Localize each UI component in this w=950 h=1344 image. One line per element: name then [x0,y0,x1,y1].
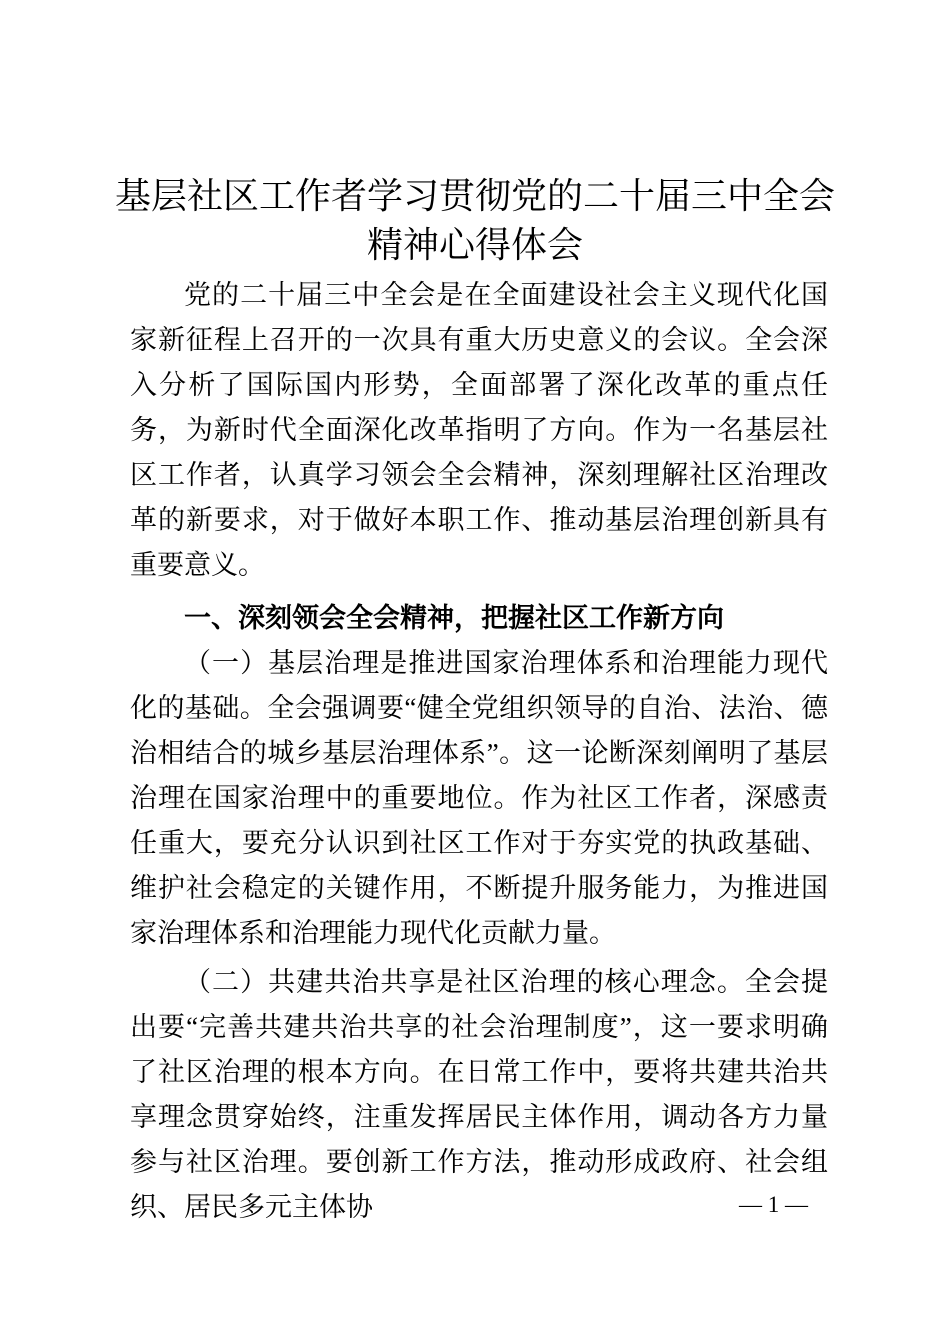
body-paragraph: （一）基层治理是推进国家治理体系和治理能力现代化的基础。全会强调要“健全党组织领… [130,641,828,956]
title-line-1: 基层社区工作者学习贯彻党的二十届三中全会 [0,172,950,221]
body-paragraph: （二）共建共治共享是社区治理的核心理念。全会提出要“完善共建共治共享的社会治理制… [130,960,828,1230]
paragraph-lead-kai: （二）共建共治共享是社区治理的核心理念。 [184,967,745,998]
page-number: — 1 — [739,1192,808,1217]
paragraph-text: 全会强调要“健全党组织领导的自治、法治、德治相结合的城乡基层治理体系”。这一论断… [130,693,828,948]
document-page: 基层社区工作者学习贯彻党的二十届三中全会 精神心得体会 党的二十届三中全会是在全… [0,0,950,1344]
paragraph-text: 全会提出要“完善共建共治共享的社会治理制度”，这一要求明确了社区治理的根本方向。… [130,967,828,1222]
document-body: 党的二十届三中全会是在全面建设社会主义现代化国家新征程上召开的一次具有重大历史意… [130,273,828,1230]
title-line-2: 精神心得体会 [0,221,950,270]
document-title: 基层社区工作者学习贯彻党的二十届三中全会 精神心得体会 [0,172,950,270]
page-footer: — 1 — [739,1192,808,1218]
section-heading: 一、深刻领会全会精神，把握社区工作新方向 [130,596,828,641]
body-paragraph: 党的二十届三中全会是在全面建设社会主义现代化国家新征程上召开的一次具有重大历史意… [130,273,828,588]
paragraph-text: 党的二十届三中全会是在全面建设社会主义现代化国家新征程上召开的一次具有重大历史意… [130,280,828,580]
